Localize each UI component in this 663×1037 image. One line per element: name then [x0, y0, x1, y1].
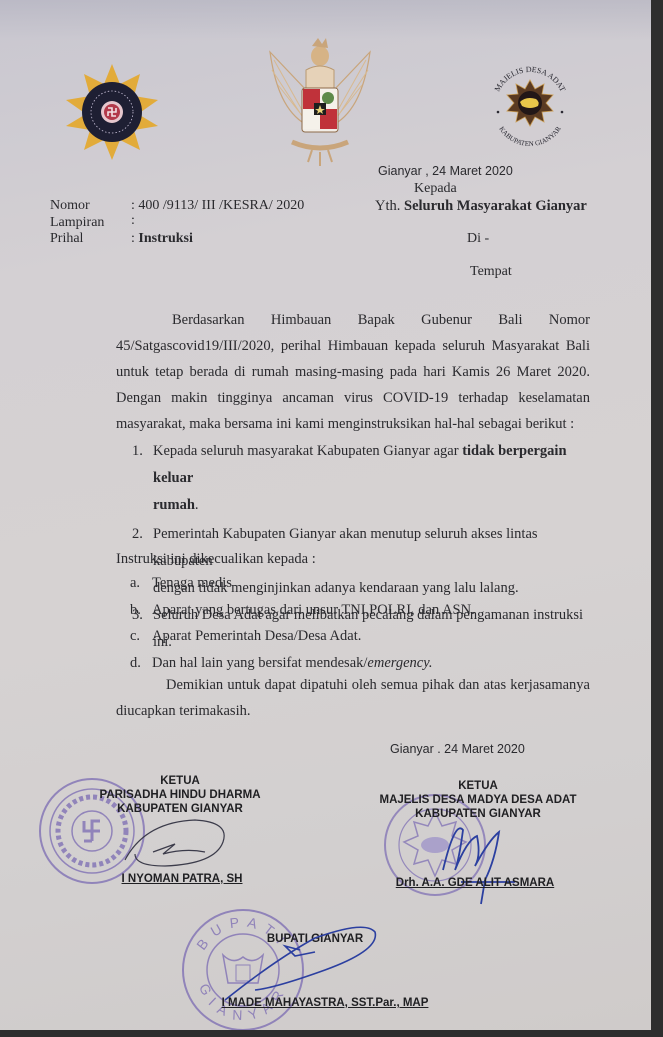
parisadha-emblem-icon [62, 62, 162, 162]
svg-text:KABUPATEN GIANYAR: KABUPATEN GIANYAR [497, 125, 562, 148]
signature-left-title: KETUA [90, 774, 270, 788]
signature-bottom-name: I MADE MAHAYASTRA, SST.Par., MAP [210, 996, 440, 1010]
intro-paragraph: Berdasarkan Himbauan Bapak Gubenur Bali … [116, 307, 590, 437]
field-value-lampiran: : [131, 213, 135, 229]
signature-right-scribble-icon [415, 800, 535, 910]
field-label-prihal: Prihal [50, 231, 130, 247]
signature-left-block: KETUA PARISADHA HINDU DHARMA KABUPATEN G… [90, 774, 270, 816]
field-value-prihal: : Instruksi [131, 231, 193, 247]
header-to-label: Kepada [414, 181, 457, 197]
header-place-date: Gianyar , 24 Maret 2020 [378, 164, 513, 178]
exceptions-list: a.Tenaga medis b.Aparat yang bertugas da… [130, 570, 475, 676]
signature-place-date: Gianyar . 24 Maret 2020 [390, 742, 525, 756]
header-di: Di - [467, 231, 489, 247]
field-value-nomor: : 400 /9113/ III /KESRA/ 2020 [131, 198, 304, 214]
instruction-item-1: 1. Kepada seluruh masyarakat Kabupaten G… [132, 438, 592, 519]
header-recipient: Yth. Seluruh Masyarakat Gianyar [375, 198, 587, 214]
header-tempat: Tempat [470, 264, 512, 280]
garuda-pancasila-icon [262, 30, 378, 170]
exception-item-b: b.Aparat yang bertugas dari unsur TNI,PO… [130, 597, 475, 624]
signature-left-org1: PARISADHA HINDU DHARMA [90, 788, 270, 802]
exception-item-a: a.Tenaga medis [130, 570, 475, 597]
majelis-desa-adat-emblem-icon: MAJELIS DESA ADAT KABUPATEN GIANYAR [480, 56, 580, 156]
signature-right-name: Drh. A.A. GDE ALIT ASMARA [390, 876, 560, 890]
closing-paragraph: Demikian untuk dapat dipatuhi oleh semua… [116, 672, 590, 724]
document-page: MAJELIS DESA ADAT KABUPATEN GIANYAR Gian… [0, 0, 651, 1030]
exceptions-intro: Instruksi ini dikecualikan kepada : [116, 546, 316, 572]
field-label-lampiran: Lampiran [50, 215, 130, 231]
exception-item-c: c.Aparat Pemerintah Desa/Desa Adat. [130, 623, 475, 650]
signature-left-scribble-icon [105, 812, 235, 872]
field-label-nomor: Nomor [50, 198, 130, 214]
recipient-name: Seluruh Masyarakat Gianyar [404, 198, 587, 214]
signature-right-title: KETUA [378, 779, 578, 793]
signature-left-name: I NYOMAN PATRA, SH [112, 872, 252, 886]
